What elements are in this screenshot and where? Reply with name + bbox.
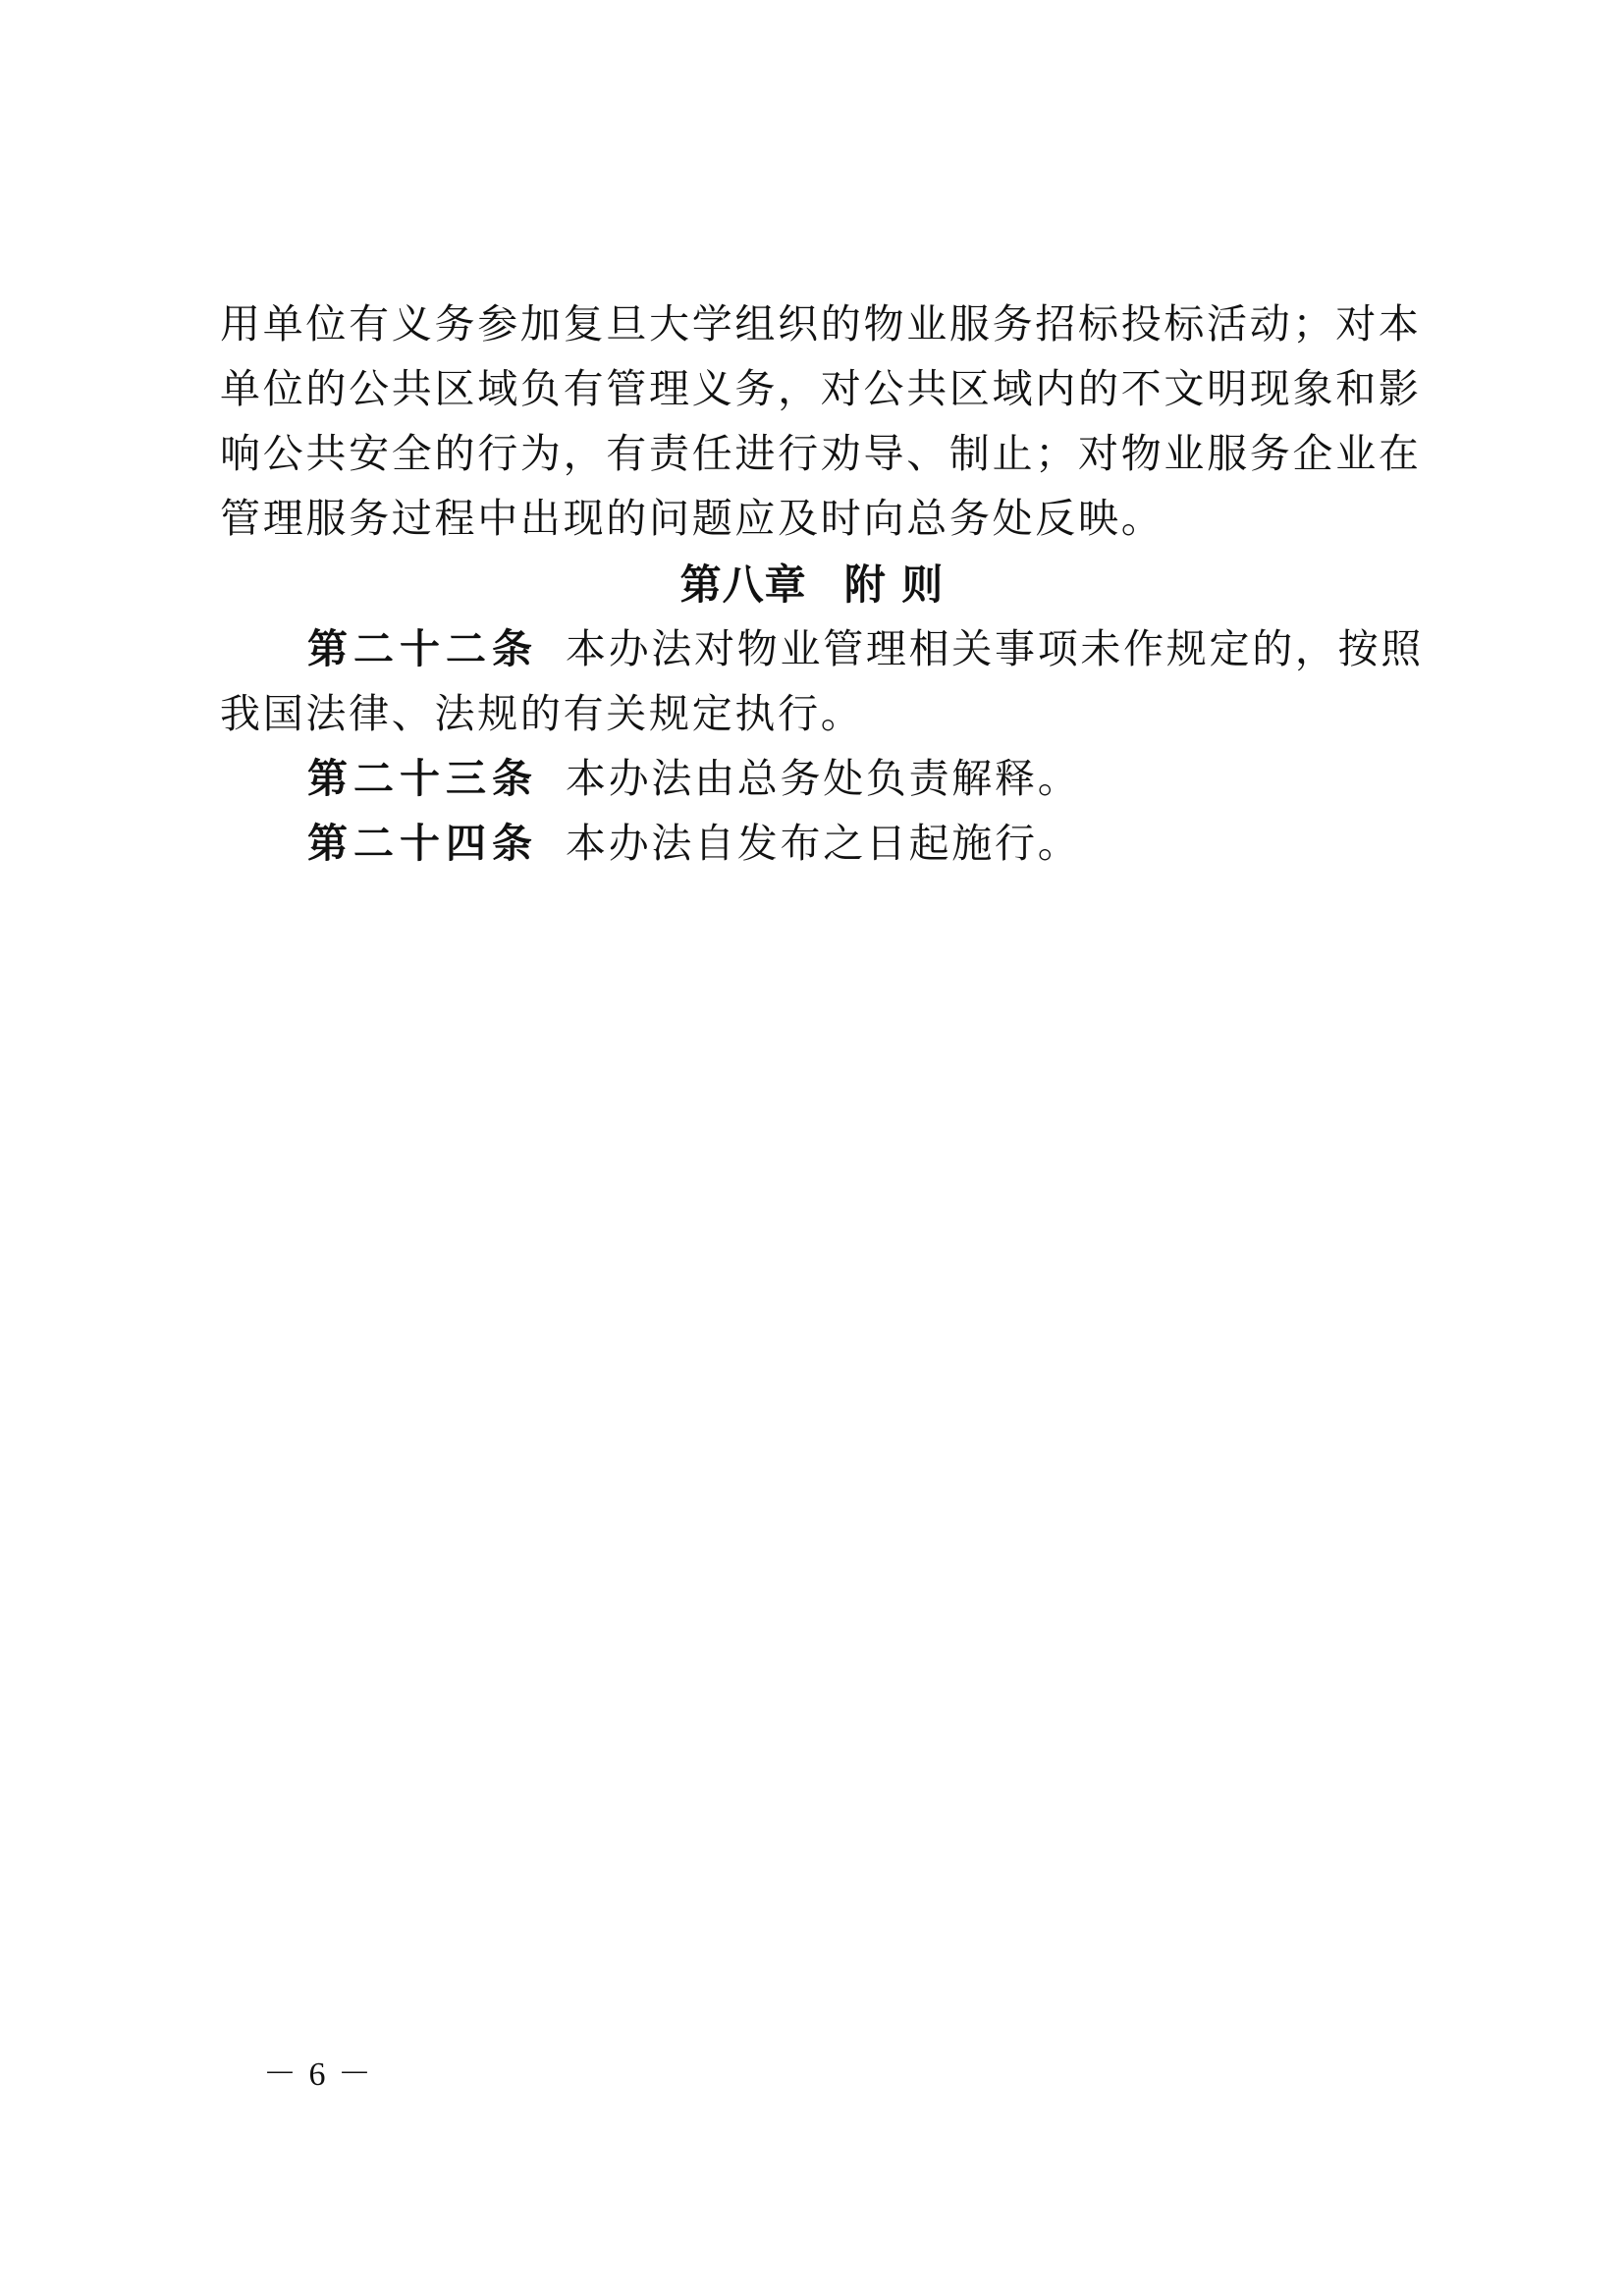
paragraph-line: 单位的公共区域负有管理义务，对公共区域内的不文明现象和影 — [220, 364, 1421, 413]
article-text: 本办法对物业管理相关事项未作规定的，按照 — [566, 625, 1424, 672]
paragraph-line: 管理服务过程中出现的问题应及时向总务处反映。 — [220, 494, 1421, 543]
article-text: 本办法由总务处负责解释。 — [566, 755, 1080, 802]
article-text: 本办法自发布之日起施行。 — [566, 820, 1080, 867]
paragraph-line: 响公共安全的行为，有责任进行劝导、制止；对物业服务企业在 — [220, 429, 1421, 478]
paragraph-line: 用单位有义务参加复旦大学组织的物业服务招标投标活动；对本 — [220, 299, 1421, 348]
article-label: 第二十三条 — [307, 755, 538, 802]
article-23: 第二十三条本办法由总务处负责解释。 — [307, 754, 1421, 803]
chapter-title: 附 则 — [844, 561, 945, 609]
article-22: 第二十二条本办法对物业管理相关事项未作规定的，按照 — [307, 624, 1421, 673]
article-24: 第二十四条本办法自发布之日起施行。 — [307, 819, 1421, 868]
chapter-number: 第八章 — [680, 561, 807, 609]
article-label: 第二十四条 — [307, 820, 538, 867]
article-label: 第二十二条 — [307, 625, 538, 672]
chapter-heading: 第八章附 则 — [0, 560, 1624, 611]
document-page: 用单位有义务参加复旦大学组织的物业服务招标投标活动；对本 单位的公共区域负有管理… — [0, 0, 1624, 2296]
article-22-continuation: 我国法律、法规的有关规定执行。 — [220, 689, 1421, 738]
page-number: － 6 － — [263, 2054, 373, 2097]
